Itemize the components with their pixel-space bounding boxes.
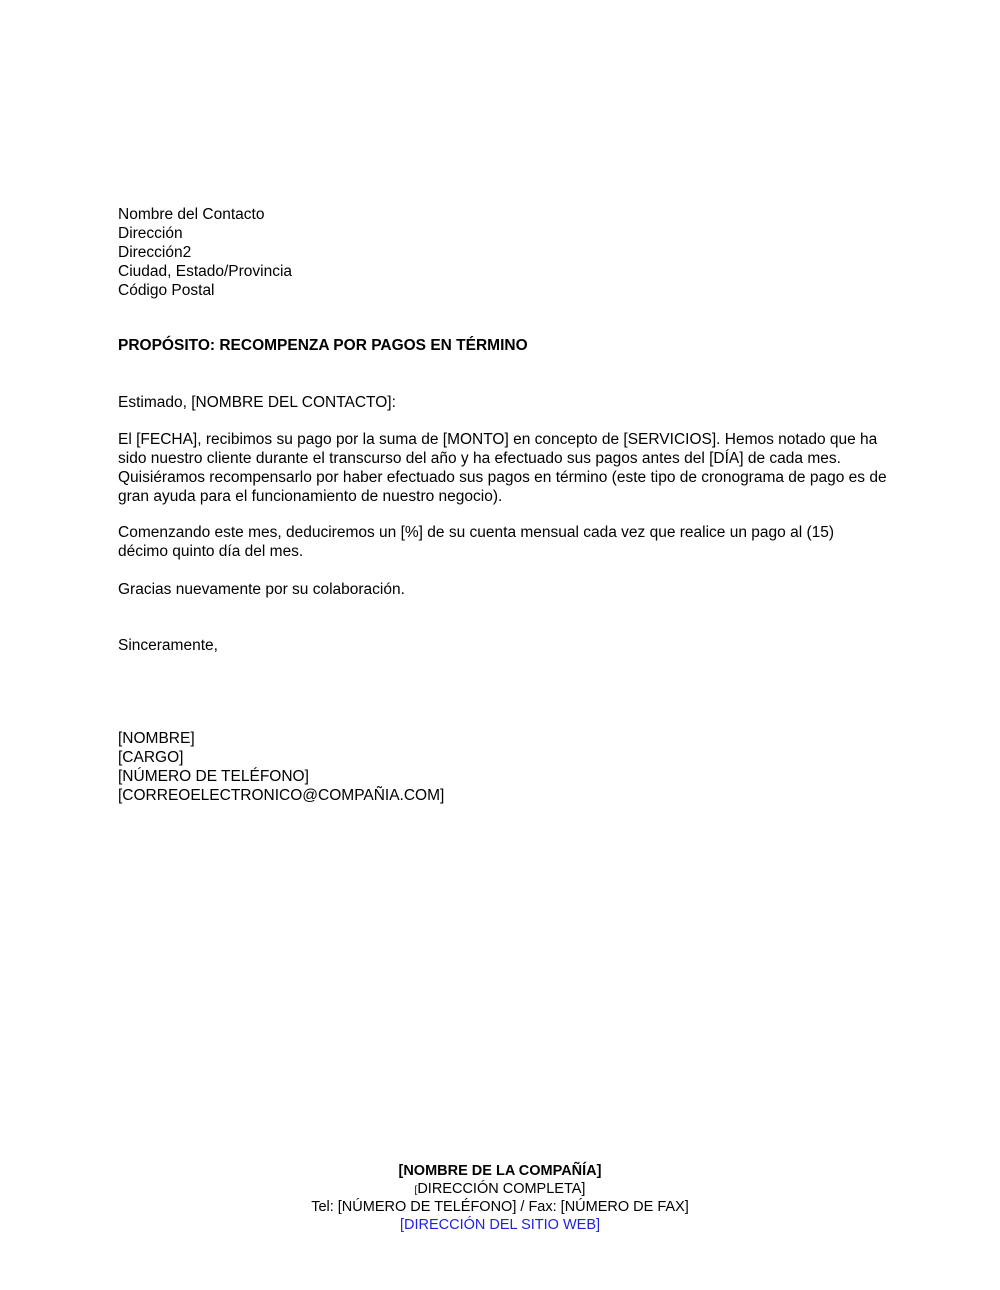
letterhead-footer: [NOMBRE DE LA COMPAÑÍA] [DIRECCIÓN COMPL…: [0, 1163, 1000, 1234]
signature-phone: [NÚMERO DE TELÉFONO]: [118, 767, 444, 786]
footer-company-name: [NOMBRE DE LA COMPAÑÍA]: [0, 1163, 1000, 1181]
signature-email: [CORREOELECTRONICO@COMPAÑIA.COM]: [118, 786, 444, 805]
footer-website-link[interactable]: [DIRECCIÓN DEL SITIO WEB]: [0, 1217, 1000, 1235]
recipient-contact-name: Nombre del Contacto: [118, 205, 292, 224]
letter-page: Nombre del Contacto Dirección Dirección2…: [0, 0, 1000, 1290]
recipient-address-line-1: Dirección: [118, 224, 292, 243]
letter-subject: PROPÓSITO: RECOMPENZA POR PAGOS EN TÉRMI…: [118, 336, 528, 355]
signature-block: [NOMBRE] [CARGO] [NÚMERO DE TELÉFONO] [C…: [118, 729, 444, 805]
closing: Sinceramente,: [118, 636, 218, 655]
recipient-address-line-2: Dirección2: [118, 243, 292, 262]
signature-name: [NOMBRE]: [118, 729, 444, 748]
recipient-postal-code: Código Postal: [118, 281, 292, 300]
body-paragraph-3: Gracias nuevamente por su colaboración.: [118, 580, 405, 599]
recipient-city-state: Ciudad, Estado/Provincia: [118, 262, 292, 281]
footer-contact: Tel: [NÚMERO DE TELÉFONO] / Fax: [NÚMERO…: [0, 1199, 1000, 1217]
signature-title: [CARGO]: [118, 748, 444, 767]
body-paragraph-1: El [FECHA], recibimos su pago por la sum…: [118, 430, 888, 506]
recipient-address-block: Nombre del Contacto Dirección Dirección2…: [118, 205, 292, 300]
footer-address: [DIRECCIÓN COMPLETA]: [0, 1181, 1000, 1200]
body-paragraph-2: Comenzando este mes, deduciremos un [%] …: [118, 523, 888, 561]
salutation: Estimado, [NOMBRE DEL CONTACTO]:: [118, 393, 396, 412]
footer-address-text: DIRECCIÓN COMPLETA]: [417, 1181, 585, 1197]
